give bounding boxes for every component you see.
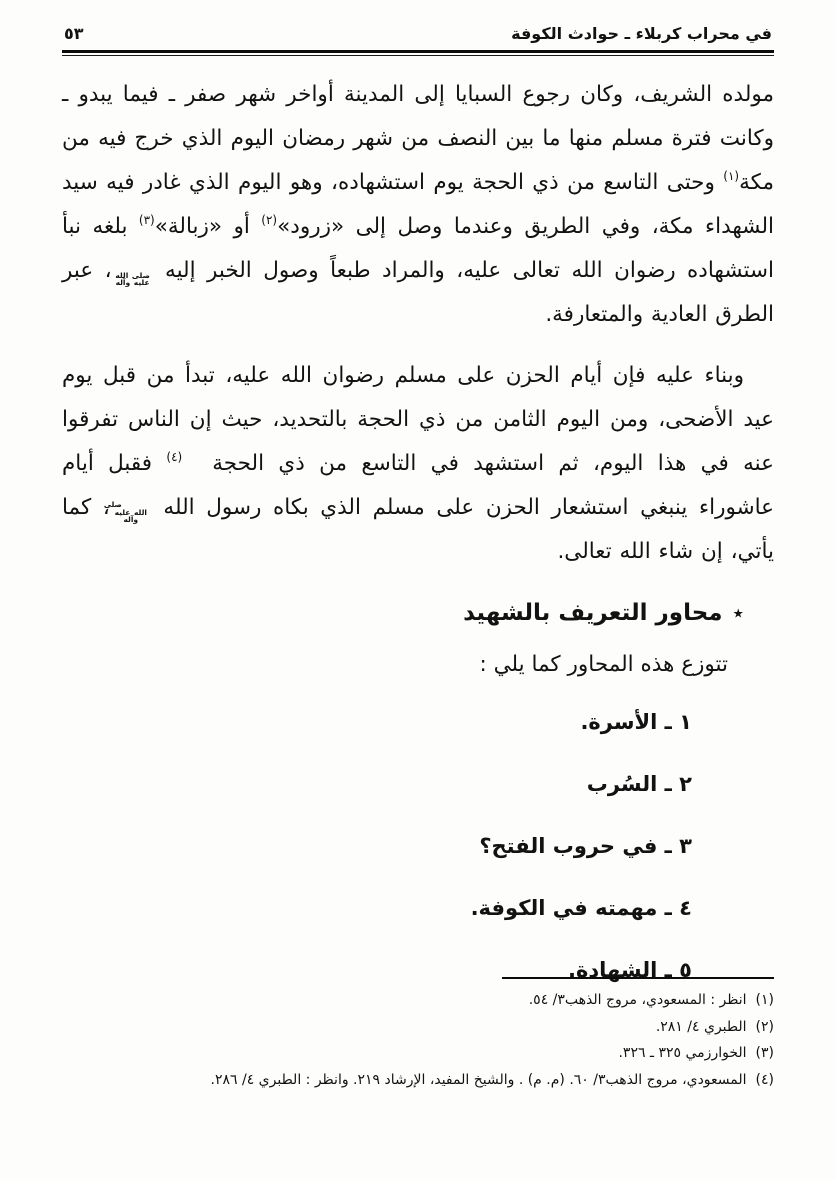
paragraph: مولده الشريف، وكان رجوع السبايا إلى المد… [62, 73, 774, 337]
footnote-text: الطبري ٤/ ٢٨١. [656, 1014, 747, 1041]
honorific-symbol: صلى الله عليه وآله [110, 501, 152, 524]
footnote-text: انظر : المسعودي، مروج الذهب٣/ ٥٤. [529, 987, 747, 1014]
footnote: (٢)الطبري ٤/ ٢٨١. [62, 1014, 774, 1041]
list-item: ٣ ـ في حروب الفتح؟ [62, 831, 774, 861]
book-title: في محراب كربلاء ـ حوادث الكوفة [511, 24, 772, 43]
footnote: (١)انظر : المسعودي، مروج الذهب٣/ ٥٤. [62, 987, 774, 1014]
footnote-number: (٢) [756, 1014, 774, 1041]
footnote-number: (٣) [756, 1040, 774, 1067]
footnotes-section: (١)انظر : المسعودي، مروج الذهب٣/ ٥٤.(٢)ا… [62, 977, 774, 1093]
footnote-number: (٤) [756, 1067, 774, 1094]
footnote-text: المسعودي، مروج الذهب٣/ ٦٠. (م. م) . والش… [211, 1067, 747, 1094]
section-heading: ٭محاور التعريف بالشهيد [62, 600, 774, 626]
topic-list: ١ ـ الأسرة.٢ ـ السُرب٣ ـ في حروب الفتح؟٤… [62, 707, 774, 985]
header-divider [62, 50, 774, 56]
paragraphs: مولده الشريف، وكان رجوع السبايا إلى المد… [62, 73, 774, 574]
footnote-lines: (١)انظر : المسعودي، مروج الذهب٣/ ٥٤.(٢)ا… [62, 987, 774, 1093]
list-intro: تتوزع هذه المحاور كما يلي : [62, 652, 774, 677]
list-item: ٤ ـ مهمته في الكوفة. [62, 893, 774, 923]
star-bullet-icon: ٭ [733, 601, 744, 625]
list-item: ٢ ـ السُرب [62, 769, 774, 799]
footnote-divider [502, 977, 774, 980]
running-header: في محراب كربلاء ـ حوادث الكوفة ٥٣ [62, 18, 774, 43]
page-number: ٥٣ [64, 24, 84, 43]
paragraph: وبناء عليه فإن أيام الحزن على مسلم رضوان… [62, 354, 774, 574]
footnote: (٣)الخوارزمي ٣٢٥ ـ ٣٢٦. [62, 1040, 774, 1067]
section-heading-text: محاور التعريف بالشهيد [463, 600, 722, 626]
footnote: (٤)المسعودي، مروج الذهب٣/ ٦٠. (م. م) . و… [62, 1067, 774, 1094]
book-page: في محراب كربلاء ـ حوادث الكوفة ٥٣ مولده … [0, 0, 836, 1181]
footnote-number: (١) [756, 987, 774, 1014]
footnote-text: الخوارزمي ٣٢٥ ـ ٣٢٦. [618, 1040, 746, 1067]
honorific-symbol: صلى الله عليه وآله [112, 272, 154, 287]
page-content: في محراب كربلاء ـ حوادث الكوفة ٥٣ مولده … [0, 0, 836, 985]
list-item: ١ ـ الأسرة. [62, 707, 774, 737]
